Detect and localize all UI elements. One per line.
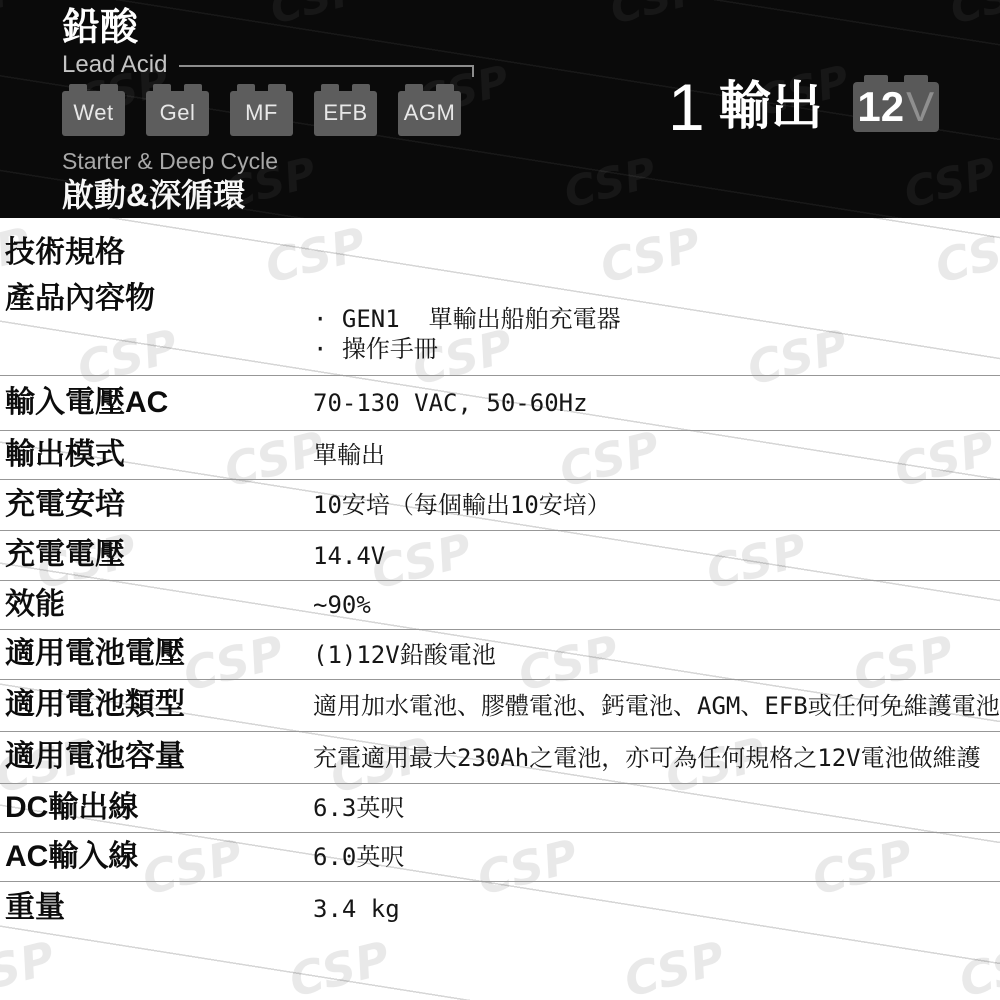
battery-type-label: AGM <box>404 100 456 126</box>
spec-value: · 操作手冊 <box>313 334 621 364</box>
bracket-line <box>179 65 474 67</box>
hero-left-group: 鉛酸 Lead Acid WetGelMFEFBAGM Starter & De… <box>62 8 482 213</box>
hero-content: 鉛酸 Lead Acid WetGelMFEFBAGM Starter & De… <box>0 0 1000 218</box>
battery-terminal-icon <box>184 84 202 91</box>
output-count: 1 <box>668 74 705 140</box>
spec-label: 適用電池容量 <box>5 740 313 775</box>
spec-label: 充電電壓 <box>5 538 313 573</box>
hero-banner: CSPCSPCSPCSPCSPCSPCSPCSPCSPCSPCSPCSP 鉛酸 … <box>0 0 1000 218</box>
csp-watermark: CSP <box>955 934 1000 1000</box>
spec-label: 輸出模式 <box>5 438 313 473</box>
table-row: 輸入電壓AC70-130 VAC, 50-60Hz <box>0 375 1000 430</box>
battery-type-badge: Gel <box>146 91 209 136</box>
battery-terminal-icon <box>405 84 423 91</box>
table-row: 效能~90% <box>0 580 1000 629</box>
spec-value-group: 6.3英呎 <box>313 793 404 823</box>
lead-acid-row: Lead Acid <box>62 52 474 78</box>
spec-value: 6.3英呎 <box>313 793 404 823</box>
battery-terminal-icon <box>268 84 286 91</box>
battery-type-badge: EFB <box>314 91 377 136</box>
battery-terminal-icon <box>100 84 118 91</box>
spec-label: 效能 <box>5 588 313 623</box>
table-row: 適用電池容量充電適用最大230Ah之電池，亦可為任何規格之12V電池做維護 <box>0 731 1000 783</box>
output-spec-group: 1 輸出 12 V <box>668 74 939 140</box>
battery-type-badges: WetGelMFEFBAGM <box>62 84 482 136</box>
spec-value-group: 14.4V <box>313 541 385 571</box>
battery-terminal-icon <box>321 84 339 91</box>
spec-value-group: 適用加水電池、膠體電池、鈣電池、AGM、EFB或任何免維護電池 <box>313 691 1000 721</box>
battery-type-label: Gel <box>160 100 196 126</box>
spec-label: 適用電池類型 <box>5 688 313 723</box>
spec-sheet-page: CSPCSPCSPCSPCSPCSPCSPCSPCSPCSPCSPCSP 鉛酸 … <box>0 0 1000 1000</box>
battery-terminal-icon <box>904 75 928 83</box>
spec-label: 適用電池電壓 <box>5 637 313 672</box>
spec-value-group: · GEN1 單輸出船舶充電器· 操作手冊 <box>313 270 621 364</box>
spec-table-content: 技術規格 產品內容物· GEN1 單輸出船舶充電器· 操作手冊輸入電壓AC70-… <box>0 218 1000 935</box>
table-row: 適用電池類型適用加水電池、膠體電池、鈣電池、AGM、EFB或任何免維護電池 <box>0 679 1000 731</box>
spec-value: 3.4 kg <box>313 894 400 924</box>
spec-label: 充電安培 <box>5 488 313 523</box>
spec-value-group: 3.4 kg <box>313 894 400 924</box>
csp-watermark: CSP <box>285 934 395 1000</box>
csp-watermark: CSP <box>0 934 60 1000</box>
voltage-number: 12 <box>857 86 904 128</box>
spec-value: 70-130 VAC, 50-60Hz <box>313 388 588 418</box>
subtitle-zh: 啟動&深循環 <box>62 178 482 213</box>
battery-type-badge: MF <box>230 91 293 136</box>
battery-terminal-icon <box>352 84 370 91</box>
spec-value: (1)12V鉛酸電池 <box>313 640 496 670</box>
spec-value: ~90% <box>313 590 371 620</box>
battery-12v-badge: 12 V <box>853 82 939 132</box>
voltage-unit: V <box>906 86 934 128</box>
table-row: 充電安培10安培（每個輸出10安培） <box>0 479 1000 530</box>
battery-terminal-icon <box>153 84 171 91</box>
spec-table-section: CSPCSPCSPCSPCSPCSPCSPCSPCSPCSPCSPCSPCSPC… <box>0 218 1000 1000</box>
battery-type-badge: AGM <box>398 91 461 136</box>
spec-value: 10安培（每個輸出10安培） <box>313 490 611 520</box>
subtitle-en: Starter & Deep Cycle <box>62 149 482 174</box>
spec-value-group: 70-130 VAC, 50-60Hz <box>313 388 588 418</box>
table-row: 輸出模式單輸出 <box>0 430 1000 479</box>
table-row: AC輸入線6.0英呎 <box>0 832 1000 881</box>
battery-type-badge: Wet <box>62 91 125 136</box>
spec-value: 6.0英呎 <box>313 842 404 872</box>
spec-value-group: ~90% <box>313 590 371 620</box>
table-row: 重量3.4 kg <box>0 881 1000 935</box>
battery-terminal-icon <box>237 84 255 91</box>
spec-label: 輸入電壓AC <box>5 386 313 421</box>
spec-value: 14.4V <box>313 541 385 571</box>
spec-table: 產品內容物· GEN1 單輸出船舶充電器· 操作手冊輸入電壓AC70-130 V… <box>0 270 1000 935</box>
battery-type-label: EFB <box>323 100 367 126</box>
battery-terminal-icon <box>69 84 87 91</box>
battery-terminal-icon <box>436 84 454 91</box>
csp-watermark: CSP <box>620 934 730 1000</box>
battery-type-label: MF <box>245 100 278 126</box>
spec-label: 產品內容物 <box>5 270 313 317</box>
spec-value-group: 充電適用最大230Ah之電池，亦可為任何規格之12V電池做維護 <box>313 743 981 773</box>
table-row: 適用電池電壓(1)12V鉛酸電池 <box>0 629 1000 679</box>
spec-value: 適用加水電池、膠體電池、鈣電池、AGM、EFB或任何免維護電池 <box>313 691 1000 721</box>
spec-label: AC輸入線 <box>5 840 313 875</box>
output-label: 輸出 <box>719 81 823 133</box>
spec-label: 重量 <box>5 891 313 926</box>
spec-value: 充電適用最大230Ah之電池，亦可為任何規格之12V電池做維護 <box>313 743 981 773</box>
battery-terminal-icon <box>864 75 888 83</box>
spec-value: 單輸出 <box>313 440 385 470</box>
spec-value-group: 單輸出 <box>313 440 385 470</box>
table-row: 產品內容物· GEN1 單輸出船舶充電器· 操作手冊 <box>0 270 1000 375</box>
spec-value-group: (1)12V鉛酸電池 <box>313 640 496 670</box>
lead-acid-title-zh: 鉛酸 <box>62 8 482 50</box>
table-row: DC輸出線6.3英呎 <box>0 783 1000 832</box>
spec-label: DC輸出線 <box>5 791 313 826</box>
spec-value: · GEN1 單輸出船舶充電器 <box>313 304 621 334</box>
spec-value-group: 10安培（每個輸出10安培） <box>313 490 611 520</box>
section-heading: 技術規格 <box>0 218 1000 270</box>
table-row: 充電電壓14.4V <box>0 530 1000 580</box>
battery-type-label: Wet <box>73 100 113 126</box>
lead-acid-title-en: Lead Acid <box>62 53 167 77</box>
spec-value-group: 6.0英呎 <box>313 842 404 872</box>
